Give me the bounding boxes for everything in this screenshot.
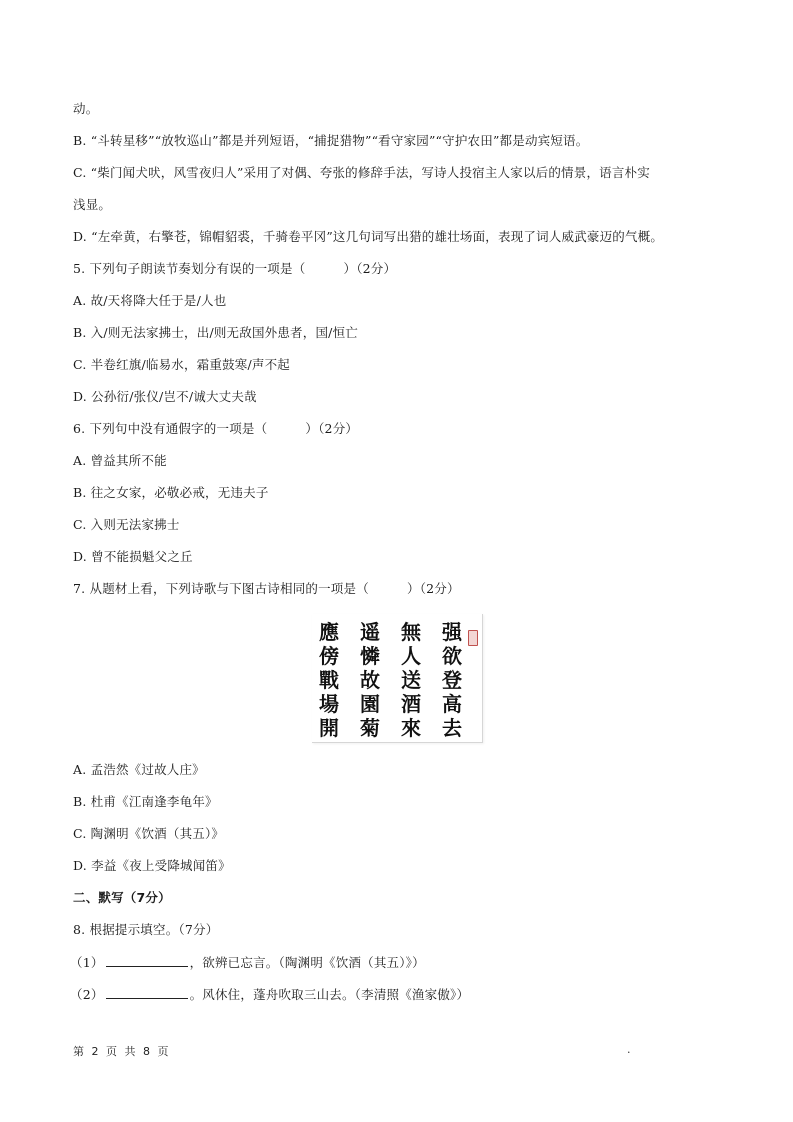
fill-item-2: （2）。风休住，蓬舟吹取三山去。（李清照《渔家傲》） (70, 986, 469, 1003)
option-d: D. 李益《夜上受降城闻笛》 (73, 858, 231, 874)
option-c-q4: C. “柴门闻犬吠，风雪夜归人”采用了对偶、夸张的修辞手法，写诗人投宿主人家以后… (73, 165, 650, 181)
poem-char: 酒 (401, 692, 421, 716)
seal-stamp-icon (468, 630, 478, 646)
option-a: A. 曾益其所不能 (73, 453, 167, 469)
poem-char: 來 (401, 716, 421, 740)
question-stem: 7. 从题材上看，下列诗歌与下图古诗相同的一项是（ ）（2分） (73, 581, 460, 597)
item-text: 。风休住，蓬舟吹取三山去。（李清照《渔家傲》） (190, 987, 470, 1002)
text-line: 浅显。 (73, 197, 111, 213)
section-heading: 二、默写（7分） (73, 890, 171, 906)
option-c: C. 半卷红旗/临易水，霜重鼓寒/声不起 (73, 357, 290, 373)
question-stem: 8. 根据提示填空。（7分） (73, 922, 218, 938)
poem-char: 登 (442, 668, 462, 692)
poem-char: 傍 (319, 644, 339, 668)
poem-char: 應 (319, 620, 339, 644)
poem-char: 欲 (442, 644, 462, 668)
option-c: C. 入则无法家拂士 (73, 517, 180, 533)
question-stem: 6. 下列句中没有通假字的一项是（ ）（2分） (73, 421, 358, 437)
answer-blank[interactable] (106, 954, 188, 967)
option-d-q4: D. “左牵黄，右擎苍，锦帽貂裘，千骑卷平冈”这几句词写出猎的雄壮场面，表现了词… (73, 229, 663, 245)
poem-column: 無 人 送 酒 來 (398, 620, 424, 740)
item-number: （1） (70, 955, 104, 970)
page-number: 第 2 页 共 8 页 (73, 1043, 170, 1059)
option-c: C. 陶渊明《饮酒（其五）》 (73, 826, 224, 842)
item-text: ，欲辨已忘言。（陶渊明《饮酒（其五）》） (190, 955, 425, 970)
option-a: A. 故/天将降大任于是/人也 (73, 293, 226, 309)
option-b-q4: B. “斗转星移”“放牧巡山”都是并列短语，“捕捉猎物”“看守家园”“守护农田”… (73, 133, 588, 149)
option-b: B. 杜甫《江南逢李龟年》 (73, 794, 218, 810)
poem-char: 故 (360, 668, 380, 692)
poem-column: 應 傍 戰 場 開 (316, 620, 342, 740)
poem-char: 憐 (360, 644, 380, 668)
item-number: （2） (70, 987, 104, 1002)
poem-char: 送 (401, 668, 421, 692)
poem-char: 强 (442, 620, 462, 644)
fill-item-1: （1），欲辨已忘言。（陶渊明《饮酒（其五）》） (70, 954, 425, 971)
option-a: A. 孟浩然《过故人庄》 (73, 762, 205, 778)
poem-char: 去 (442, 716, 462, 740)
poem-char: 園 (360, 692, 380, 716)
poem-char: 遥 (360, 620, 380, 644)
poem-char: 無 (401, 620, 421, 644)
question-stem: 5. 下列句子朗读节奏划分有误的一项是（ ）（2分） (73, 261, 396, 277)
poem-char: 菊 (360, 716, 380, 740)
poem-calligraphy-image: 應 傍 戰 場 開 遥 憐 故 園 菊 無 人 送 酒 來 强 (312, 614, 483, 743)
poem-column: 强 欲 登 高 去 (439, 620, 465, 740)
option-d: D. 曾不能损魁父之丘 (73, 549, 193, 565)
poem-char: 人 (401, 644, 421, 668)
text-line: 动。 (73, 101, 98, 117)
poem-char: 高 (442, 692, 462, 716)
answer-blank[interactable] (106, 986, 188, 999)
poem-char: 開 (319, 716, 339, 740)
option-b: B. 入/则无法家拂士，出/则无敌国外患者，国/恒亡 (73, 325, 358, 341)
option-b: B. 往之女家，必敬必戒，无违夫子 (73, 485, 269, 501)
option-d: D. 公孙衍/张仪/岂不/诚大丈夫哉 (73, 389, 257, 405)
poem-column: 遥 憐 故 園 菊 (357, 620, 383, 740)
poem-char: 戰 (319, 668, 339, 692)
footer-dot: . (627, 1043, 631, 1056)
poem-char: 場 (319, 692, 339, 716)
